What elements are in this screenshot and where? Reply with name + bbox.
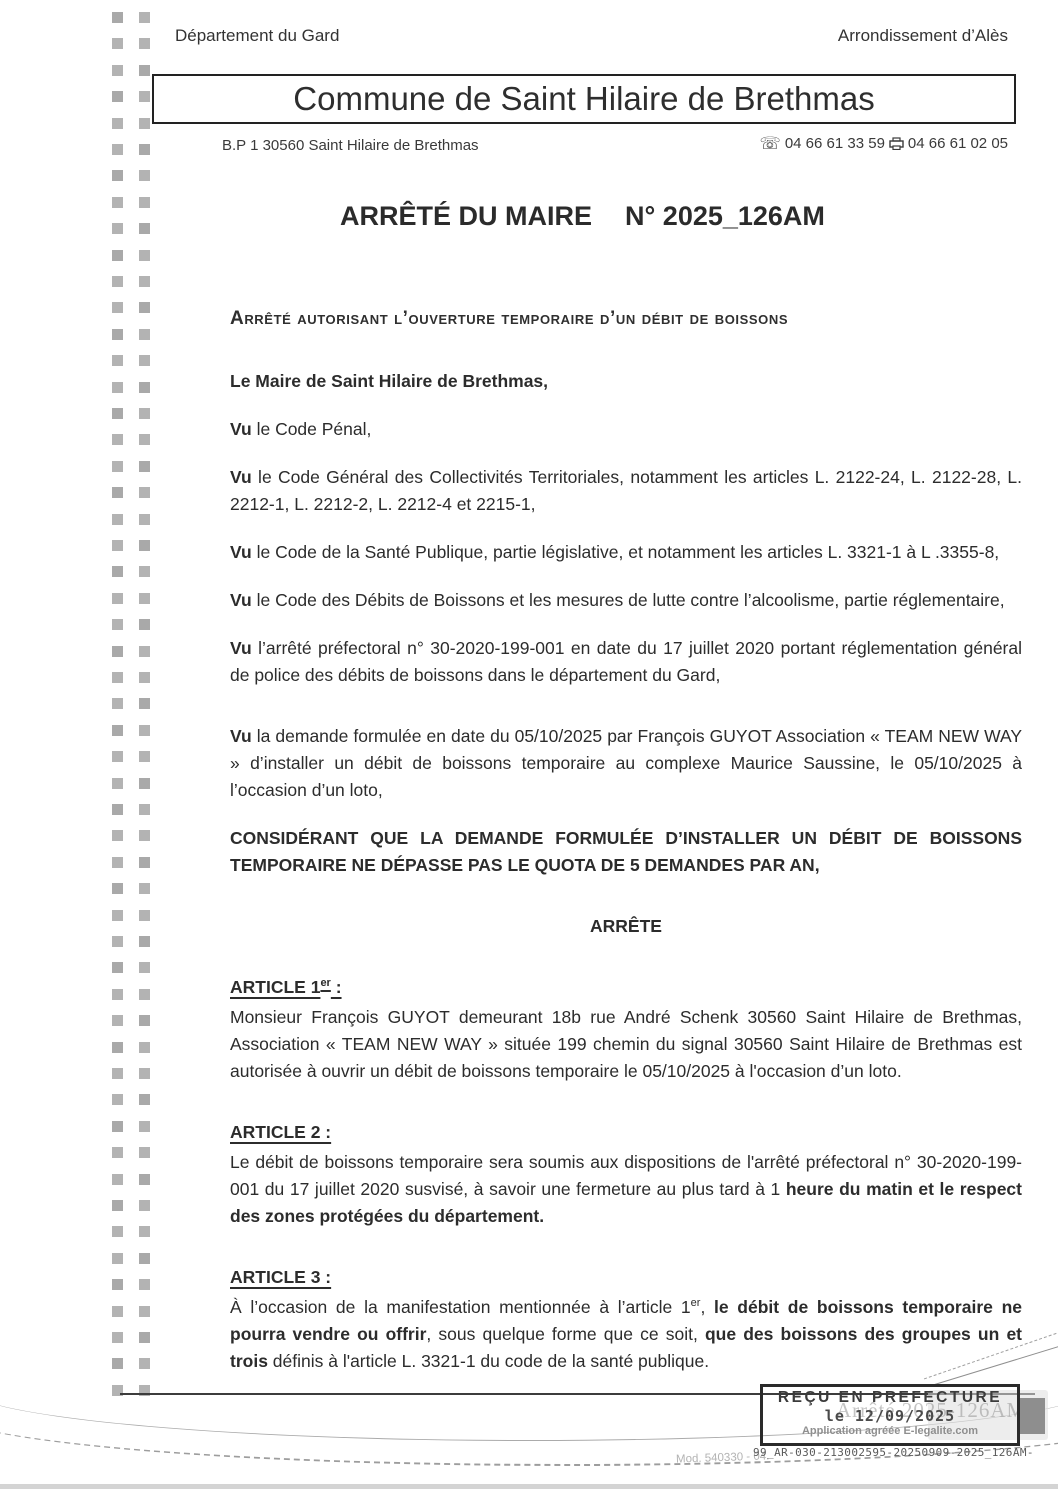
hole-mark xyxy=(112,514,123,525)
text-segment: le Code des Débits de Boissons et les me… xyxy=(252,590,1005,610)
hole-mark xyxy=(139,804,150,815)
text-segment: Vu xyxy=(230,590,252,610)
hole-mark xyxy=(139,1253,150,1264)
hole-mark xyxy=(139,514,150,525)
hole-mark xyxy=(139,646,150,657)
paragraph: Vu l’arrêté préfectoral n° 30-2020-199-0… xyxy=(230,635,1022,689)
hole-mark xyxy=(112,144,123,155)
hole-mark xyxy=(139,962,150,973)
hole-mark xyxy=(112,91,123,102)
hole-mark xyxy=(139,144,150,155)
text-segment: Vu xyxy=(230,726,252,746)
text-segment: ARRÊTE xyxy=(590,916,662,936)
fax-number: 04 66 61 02 05 xyxy=(908,135,1008,152)
paragraph: Vu la demande formulée en date du 05/10/… xyxy=(230,723,1022,804)
hole-mark xyxy=(112,778,123,789)
hole-mark xyxy=(139,1015,150,1026)
hole-mark xyxy=(139,1121,150,1132)
hole-mark xyxy=(139,778,150,789)
text-segment: Vu xyxy=(230,542,252,562)
hole-mark xyxy=(112,962,123,973)
text-segment: Vu xyxy=(230,467,252,487)
hole-mark xyxy=(139,989,150,1000)
hole-mark xyxy=(112,461,123,472)
hole-mark xyxy=(139,698,150,709)
article-1-heading: ARTICLE 1er : xyxy=(230,974,1022,1001)
paragraph: Le Maire de Saint Hilaire de Brethmas, xyxy=(230,368,1022,395)
text-segment: Vu xyxy=(230,638,252,658)
hole-mark xyxy=(112,197,123,208)
hole-mark xyxy=(139,910,150,921)
hole-mark xyxy=(112,329,123,340)
text-segment: Monsieur François GUYOT demeurant 18b ru… xyxy=(230,1007,1022,1081)
hole-mark xyxy=(112,223,123,234)
hole-mark xyxy=(139,355,150,366)
hole-mark xyxy=(139,1094,150,1105)
hole-mark xyxy=(139,1279,150,1290)
hole-mark xyxy=(139,223,150,234)
hole-mark xyxy=(139,461,150,472)
hole-mark xyxy=(112,725,123,736)
hole-mark xyxy=(112,593,123,604)
hole-mark xyxy=(112,355,123,366)
text-segment: l’arrêté préfectoral n° 30-2020-199-001 … xyxy=(230,638,1022,685)
stamp-application: Application agréée E-legalite.com xyxy=(763,1425,1017,1437)
hole-mark xyxy=(139,434,150,445)
scan-artifact-box xyxy=(1020,1398,1045,1434)
hole-mark xyxy=(112,1068,123,1079)
binder-holes xyxy=(112,12,152,1396)
hole-mark xyxy=(139,329,150,340)
hole-mark xyxy=(139,276,150,287)
hole-mark xyxy=(112,830,123,841)
text-segment: la demande formulée en date du 05/10/202… xyxy=(230,726,1022,800)
document-number: N° 2025_126AM xyxy=(625,201,825,232)
document-body: Le Maire de Saint Hilaire de Brethmas,Vu… xyxy=(230,368,1022,1375)
hole-mark xyxy=(139,1200,150,1211)
text-segment: ARTICLE 3 : xyxy=(230,1267,331,1287)
hole-mark xyxy=(112,910,123,921)
header-department: Département du Gard xyxy=(175,26,339,46)
hole-mark xyxy=(112,857,123,868)
text-segment: ARTICLE 2 : xyxy=(230,1122,331,1142)
hole-mark xyxy=(139,857,150,868)
phone-icon: ☏ xyxy=(760,136,781,151)
hole-mark xyxy=(112,487,123,498)
hole-mark xyxy=(112,1147,123,1158)
hole-mark xyxy=(139,65,150,76)
hole-mark xyxy=(112,1253,123,1264)
hole-mark xyxy=(112,1306,123,1317)
hole-mark xyxy=(112,646,123,657)
hole-mark xyxy=(112,408,123,419)
hole-mark xyxy=(139,408,150,419)
hole-mark xyxy=(112,118,123,129)
text-segment: CONSIDÉRANT QUE LA DEMANDE FORMULÉE D’IN… xyxy=(230,828,1022,875)
hole-mark xyxy=(112,936,123,947)
hole-mark xyxy=(139,1174,150,1185)
hole-mark xyxy=(139,830,150,841)
stamp-date: le 12/09/2025 xyxy=(763,1407,1017,1425)
document-subject: Arrêté autorisant l’ouverture temporaire… xyxy=(230,308,1022,330)
paragraph: Vu le Code Général des Collectivités Ter… xyxy=(230,464,1022,518)
hole-mark xyxy=(139,1147,150,1158)
hole-mark xyxy=(112,1226,123,1237)
hole-mark xyxy=(112,540,123,551)
hole-mark xyxy=(139,1226,150,1237)
hole-mark xyxy=(139,302,150,313)
hole-mark xyxy=(112,672,123,683)
hole-mark xyxy=(112,434,123,445)
hole-mark xyxy=(139,197,150,208)
hole-mark xyxy=(139,672,150,683)
hole-mark xyxy=(139,1068,150,1079)
scan-edge-band xyxy=(0,1484,1058,1489)
hole-mark xyxy=(139,540,150,551)
hole-mark xyxy=(112,1279,123,1290)
hole-mark xyxy=(112,65,123,76)
document-title: ARRÊTÉ DU MAIRE xyxy=(340,201,592,232)
paragraph: Vu le Code Pénal, xyxy=(230,416,1022,443)
paragraph: CONSIDÉRANT QUE LA DEMANDE FORMULÉE D’IN… xyxy=(230,825,1022,879)
text-segment: ARTICLE 1 xyxy=(230,977,320,997)
hole-mark xyxy=(112,382,123,393)
article-2-heading: ARTICLE 2 : xyxy=(230,1119,1022,1146)
hole-mark xyxy=(139,1332,150,1343)
text-segment: Le Maire de Saint Hilaire de Brethmas, xyxy=(230,371,548,391)
hole-mark xyxy=(112,1200,123,1211)
hole-mark xyxy=(139,38,150,49)
hole-mark xyxy=(139,883,150,894)
hole-mark xyxy=(139,382,150,393)
hole-mark xyxy=(139,593,150,604)
text-segment: : xyxy=(331,977,342,997)
hole-mark xyxy=(112,12,123,23)
text-segment: , xyxy=(700,1297,714,1317)
hole-mark xyxy=(112,698,123,709)
hole-mark xyxy=(112,1174,123,1185)
hole-mark xyxy=(112,883,123,894)
paragraph: Monsieur François GUYOT demeurant 18b ru… xyxy=(230,1004,1022,1085)
hole-mark xyxy=(139,1042,150,1053)
hole-mark xyxy=(139,751,150,762)
paragraph: ARRÊTE xyxy=(230,913,1022,940)
hole-mark xyxy=(112,1332,123,1343)
hole-mark xyxy=(139,91,150,102)
text-segment: Vu xyxy=(230,419,252,439)
article-3-heading: ARTICLE 3 : xyxy=(230,1264,1022,1291)
hole-mark xyxy=(112,1094,123,1105)
hole-mark xyxy=(139,725,150,736)
text-segment: er xyxy=(691,1297,701,1309)
hole-mark xyxy=(139,566,150,577)
reference-code: 99_AR-030-213002595-20250909-2025_126AM- xyxy=(753,1446,1034,1459)
hole-mark xyxy=(139,12,150,23)
hole-mark xyxy=(139,619,150,630)
hole-mark xyxy=(112,804,123,815)
text-segment: le Code Général des Collectivités Territ… xyxy=(230,467,1022,514)
hole-mark xyxy=(139,487,150,498)
hole-mark xyxy=(112,566,123,577)
hole-mark xyxy=(112,38,123,49)
commune-address: B.P 1 30560 Saint Hilaire de Brethmas xyxy=(222,137,479,154)
hole-mark xyxy=(112,619,123,630)
hole-mark xyxy=(112,302,123,313)
text-segment: le Code Pénal, xyxy=(252,419,372,439)
hole-mark xyxy=(139,1306,150,1317)
prefecture-stamp: REÇU EN PREFECTURE le 12/09/2025 Applica… xyxy=(760,1384,1020,1446)
hole-mark xyxy=(112,751,123,762)
hole-mark xyxy=(112,1015,123,1026)
commune-title: Commune de Saint Hilaire de Brethmas xyxy=(293,80,874,118)
paragraph: Vu le Code des Débits de Boissons et les… xyxy=(230,587,1022,614)
hole-mark xyxy=(139,118,150,129)
hole-mark xyxy=(112,1042,123,1053)
hole-mark xyxy=(112,170,123,181)
hole-mark xyxy=(112,1121,123,1132)
text-segment: le Code de la Santé Publique, partie lég… xyxy=(252,542,999,562)
text-segment: À l’occasion de la manifestation mention… xyxy=(230,1297,691,1317)
phone-number: 04 66 61 33 59 xyxy=(785,135,885,152)
contact-numbers: ☏ 04 66 61 33 59 04 66 61 02 05 xyxy=(760,135,1008,152)
header-arrondissement: Arrondissement d’Alès xyxy=(838,26,1008,46)
hole-mark xyxy=(112,250,123,261)
fax-icon xyxy=(889,137,904,150)
document-page: Département du Gard Arrondissement d’Alè… xyxy=(0,0,1058,1495)
text-segment: er xyxy=(320,977,330,989)
commune-title-box: Commune de Saint Hilaire de Brethmas xyxy=(152,74,1016,124)
hole-mark xyxy=(112,276,123,287)
paragraph: Le débit de boissons temporaire sera sou… xyxy=(230,1149,1022,1230)
hole-mark xyxy=(112,989,123,1000)
hole-mark xyxy=(139,250,150,261)
paragraph: Vu le Code de la Santé Publique, partie … xyxy=(230,539,1022,566)
stamp-title: REÇU EN PREFECTURE xyxy=(763,1389,1017,1407)
hole-mark xyxy=(139,170,150,181)
hole-mark xyxy=(139,936,150,947)
